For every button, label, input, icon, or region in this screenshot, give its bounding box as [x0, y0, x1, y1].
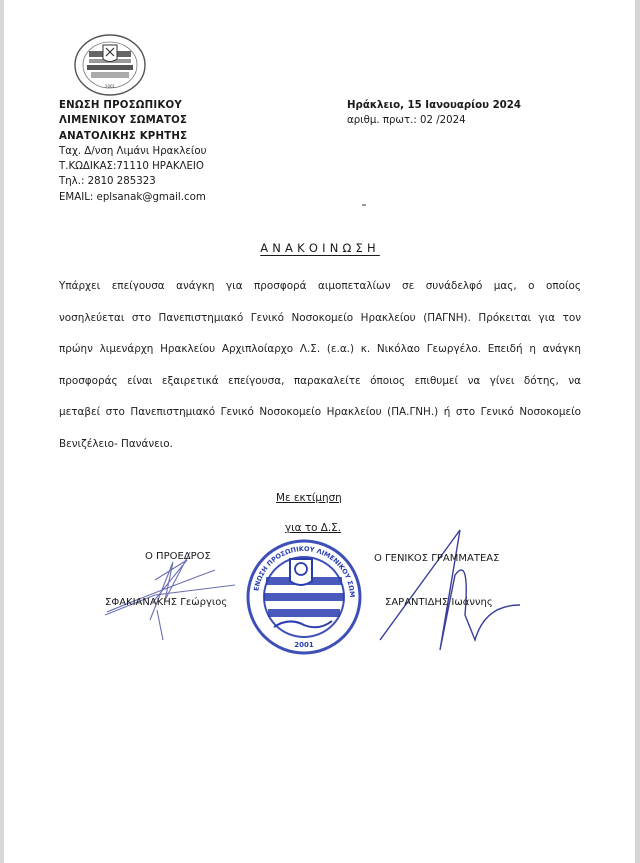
page-edge-left — [0, 0, 4, 863]
document-title: ΑΝΑΚΟΙΝΩΣΗ — [0, 241, 640, 255]
secretary-signature-icon — [375, 525, 525, 660]
org-address: Ταχ. Δ/νση Λιμάνι Ηρακλείου — [59, 144, 207, 159]
body-line: μεταβεί στο Πανεπιστημιακό Γενικό Νοσοκο… — [59, 397, 581, 429]
body-line: πρώην λιμενάρχη Ηρακλείου Αρχιπλοίαρχο Λ… — [59, 334, 581, 366]
body-line: Υπάρχει επείγουσα ανάγκη για προσφορά αι… — [59, 271, 581, 303]
closing-on-behalf: για το Δ.Σ. — [285, 522, 341, 534]
union-logo-icon: 2001 — [73, 33, 147, 97]
official-stamp-icon: 2001 ΕΝΩΣΗ ΠΡΟΣΩΠΙΚΟΥ ΛΙΜΕΝΙΚΟΥ ΣΩΜ. — [244, 535, 364, 660]
body-line: Βενιζέλειο- Πανάνειο. — [59, 429, 581, 461]
org-phone: Τηλ.: 2810 285323 — [59, 174, 207, 189]
secretary-name: ΣΑΡΑΝΤΙΔΗΣ Ιωάννης — [385, 597, 493, 608]
secretary-role: Ο ΓΕΝΙΚΟΣ ΓΡΑΜΜΑΤΕΑΣ — [374, 553, 499, 564]
date-block: Ηράκλειο, 15 Ιανουαρίου 2024 αριθμ. πρωτ… — [347, 98, 521, 129]
org-name-line-1: ΕΝΩΣΗ ΠΡΟΣΩΠΙΚΟΥ — [59, 98, 207, 113]
org-name-line-2: ΛΙΜΕΝΙΚΟΥ ΣΩΜΑΤΟΣ — [59, 113, 207, 128]
body-line: προσφοράς είναι εξαιρετικά επείγουσα, πα… — [59, 366, 581, 398]
announcement-body: Υπάρχει επείγουσα ανάγκη για προσφορά αι… — [59, 271, 581, 460]
scan-speck — [362, 204, 366, 206]
president-name: ΣΦΑΚΙΑΝΑΚΗΣ Γεώργιος — [105, 597, 227, 608]
svg-text:2001: 2001 — [294, 641, 314, 649]
protocol-number: αριθμ. πρωτ.: 02 /2024 — [347, 113, 521, 128]
svg-text:2001: 2001 — [105, 84, 116, 89]
president-role: Ο ΠΡΟΕΔΡΟΣ — [145, 551, 211, 562]
page-edge-right — [635, 0, 640, 863]
document-date: Ηράκλειο, 15 Ιανουαρίου 2024 — [347, 98, 521, 113]
sender-block: ΕΝΩΣΗ ΠΡΟΣΩΠΙΚΟΥ ΛΙΜΕΝΙΚΟΥ ΣΩΜΑΤΟΣ ΑΝΑΤΟ… — [59, 98, 207, 205]
org-name-line-3: ΑΝΑΤΟΛΙΚΗΣ ΚΡΗΤΗΣ — [59, 129, 207, 144]
org-email: EMAIL: eplsanak@gmail.com — [59, 190, 207, 205]
closing-regards: Με εκτίμηση — [276, 492, 342, 504]
body-line: νοσηλεύεται στο Πανεπιστημιακό Γενικό Νο… — [59, 303, 581, 335]
org-postal-code: Τ.ΚΩΔΙΚΑΣ:71110 ΗΡΑΚΛΕΙΟ — [59, 159, 207, 174]
